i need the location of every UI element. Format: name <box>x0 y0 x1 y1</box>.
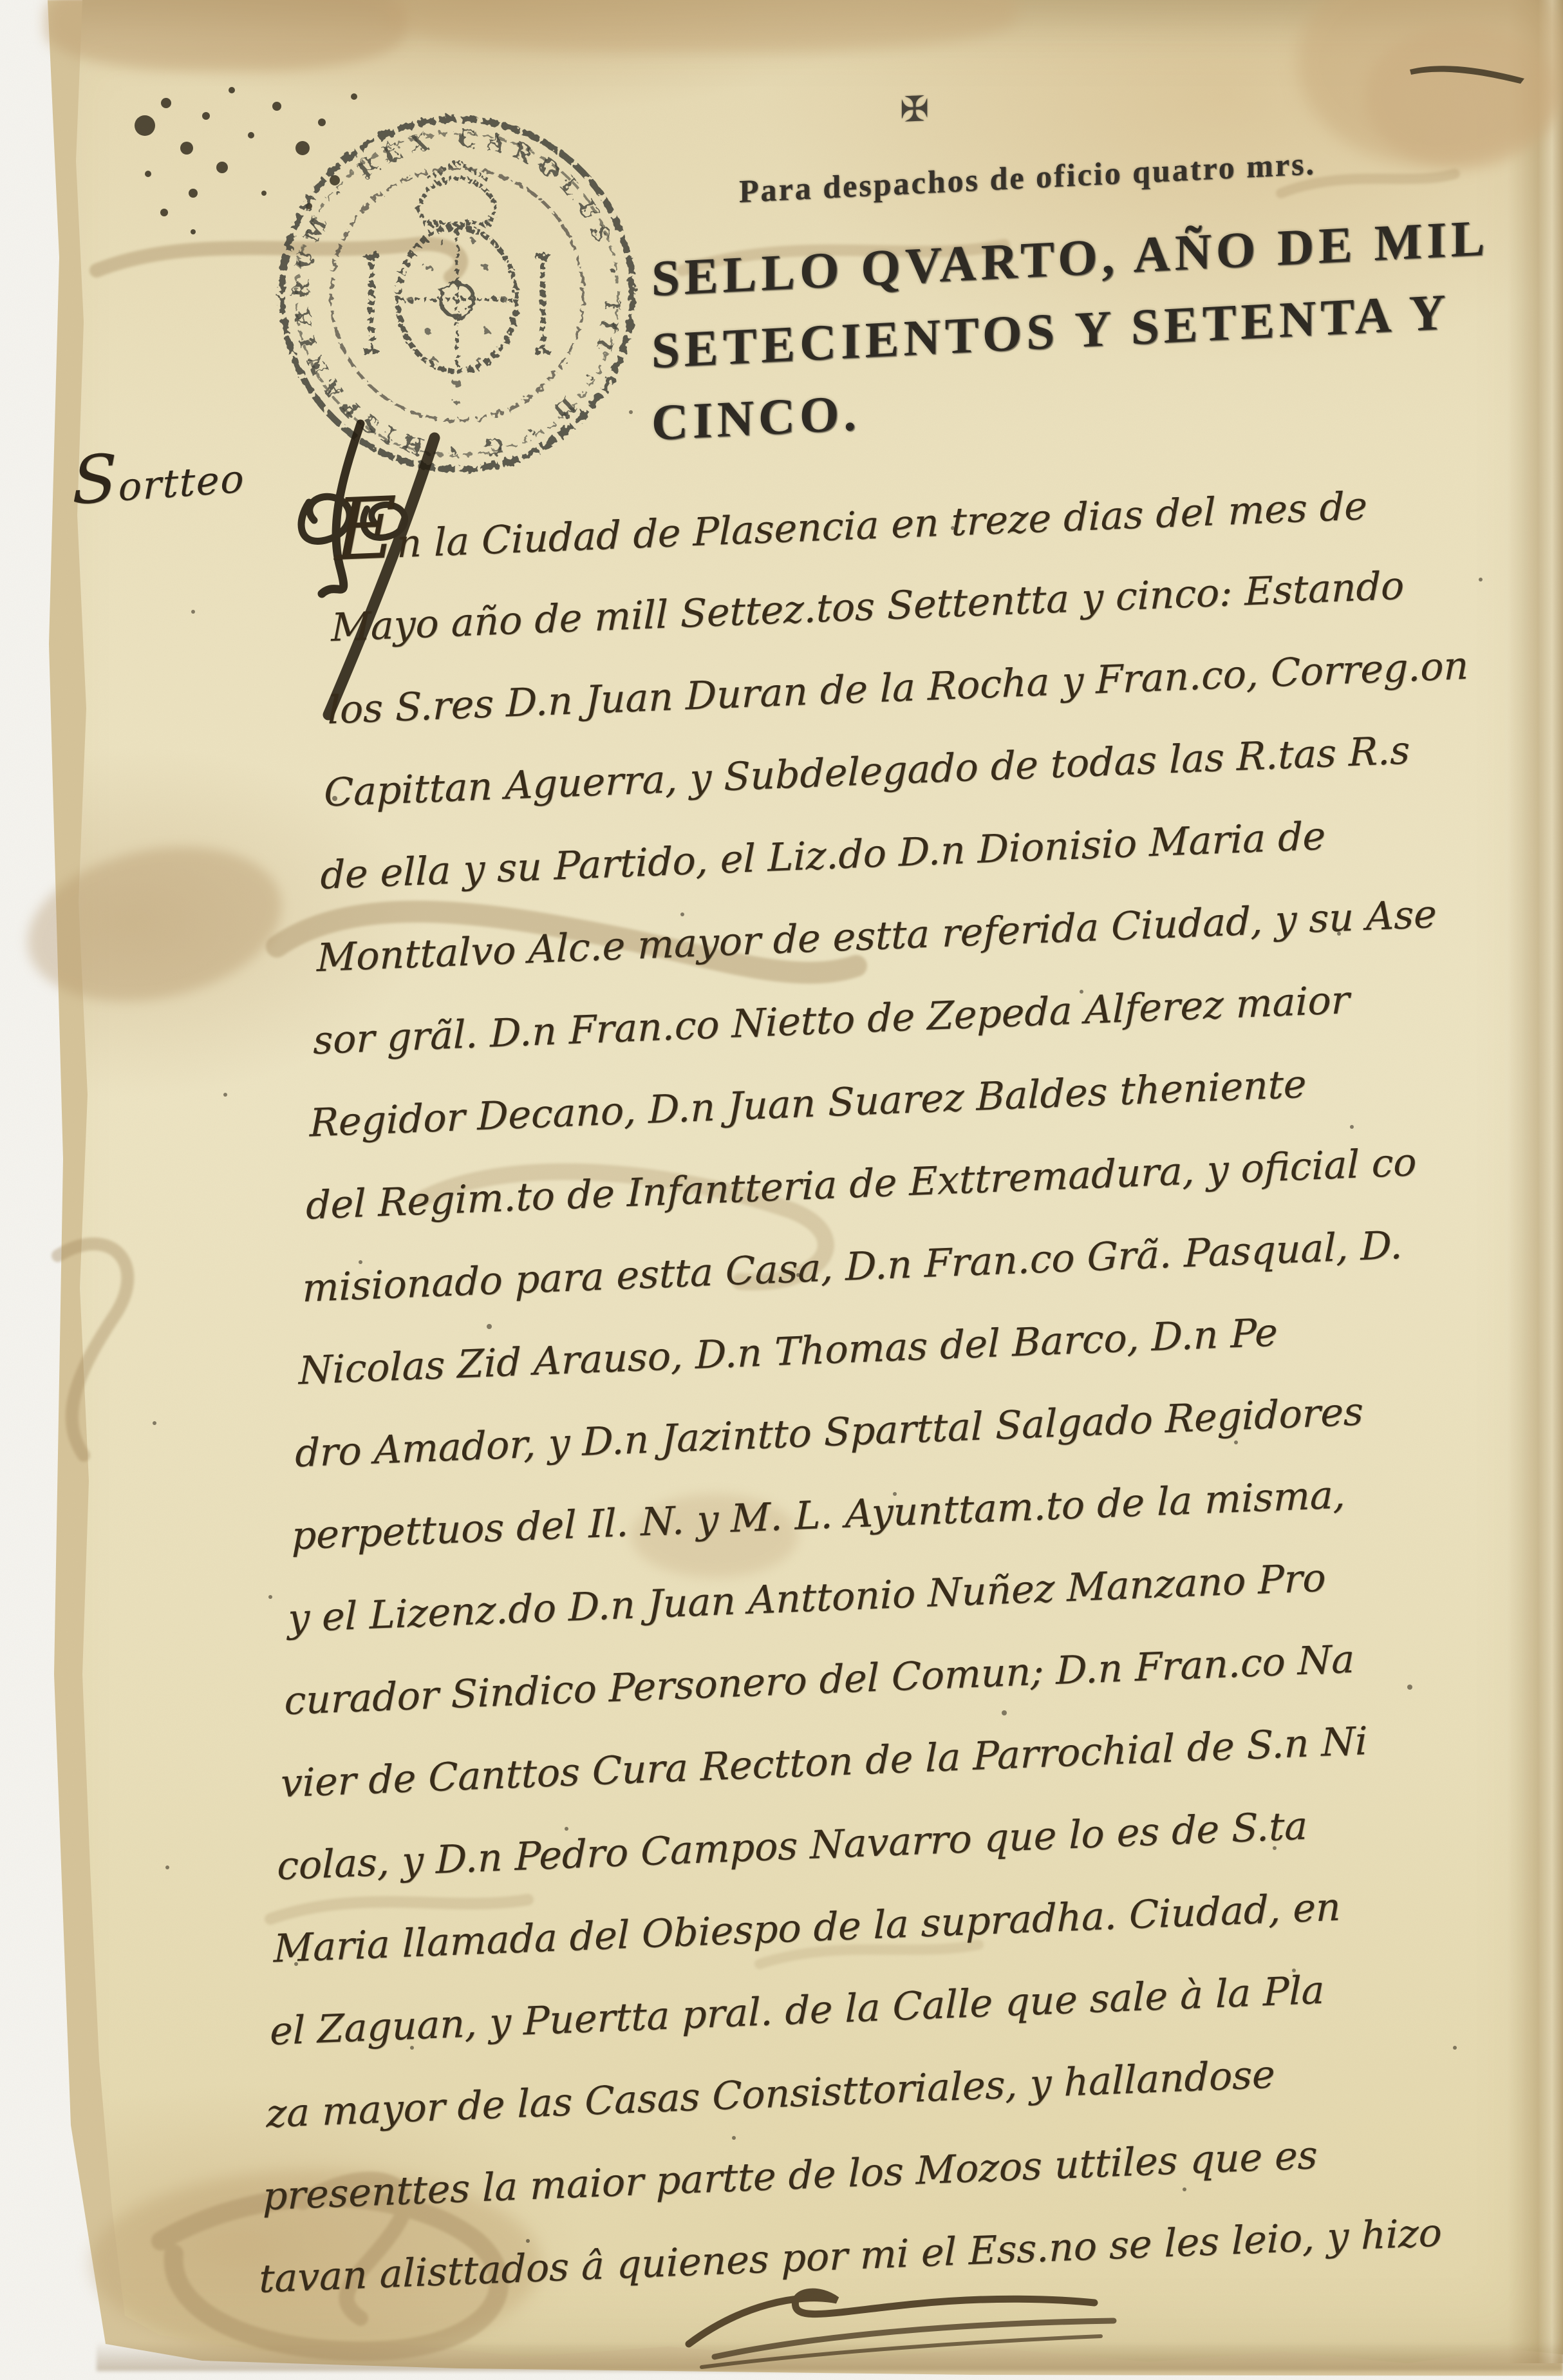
printed-cross-icon: ✠ <box>900 88 929 130</box>
bottom-torn-edge <box>97 2341 1563 2371</box>
stain-mid-left <box>13 825 295 1023</box>
printed-fee-line: Para despachos de oficio quatro mrs. <box>739 135 1512 210</box>
scanned-document-page: CAROLUS · III · D · G · HISPANIARUM · RE… <box>0 0 1563 2380</box>
royal-seal-stamp: CAROLUS · III · D · G · HISPANIARUM · RE… <box>267 106 647 486</box>
handwritten-body: En la Ciudad de Plasencia en treze dias … <box>335 459 1563 2321</box>
printed-heading: SELLO QVARTO, AÑO DE MIL SETECIENTOS Y S… <box>651 199 1563 460</box>
stain-top-left <box>45 0 406 71</box>
stain-top-edge <box>386 0 1017 52</box>
margin-note: Sortteo <box>72 437 245 515</box>
